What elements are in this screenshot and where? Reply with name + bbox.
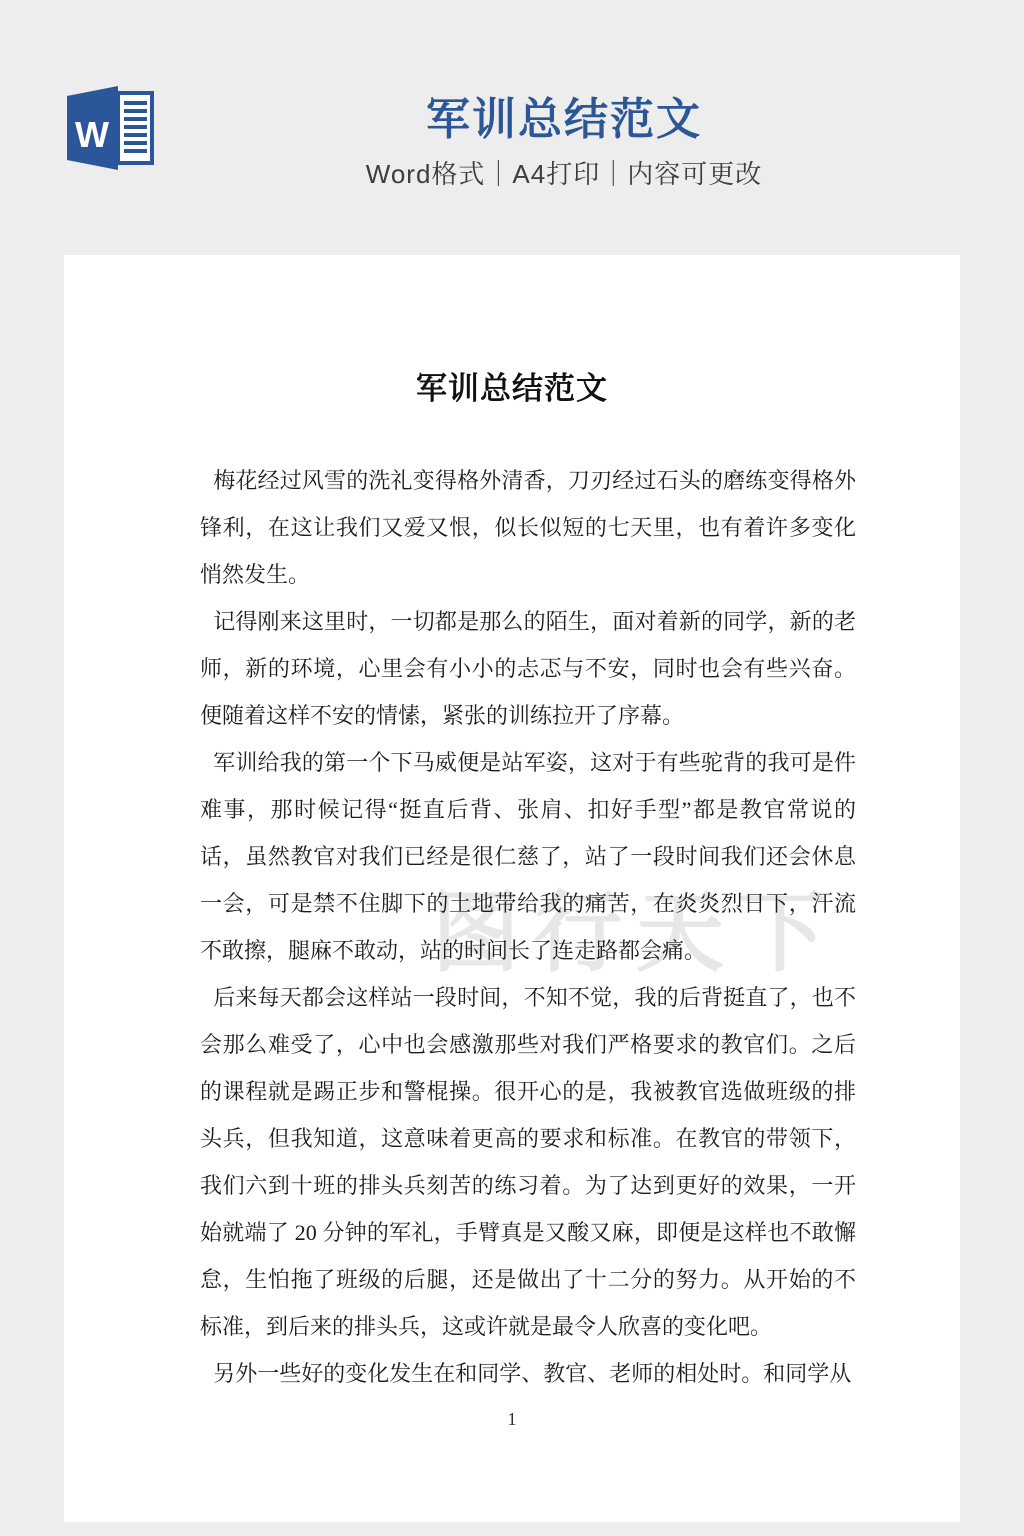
screenshot-root: { "header": { "title": "军训总结范文", "subtit… [0,0,1024,1536]
paragraph: 后来每天都会这样站一段时间，不知不觉，我的后背挺直了，也不会那么难受了，心中也会… [200,974,856,1350]
document-title: 军训总结范文 [64,367,960,411]
header: W 军训总结范文 Word格式｜A4打印｜内容可更改 [0,0,1024,255]
document-page: 图行天下 军训总结范文 梅花经过风雪的洗礼变得格外清香，刀刃经过石头的磨练变得格… [64,255,960,1522]
header-subtitle: Word格式｜A4打印｜内容可更改 [104,154,1024,191]
header-text: 军训总结范文 Word格式｜A4打印｜内容可更改 [104,0,1024,191]
paragraph: 另外一些好的变化发生在和同学、教官、老师的相处时。和同学从 [200,1350,856,1397]
header-title: 军训总结范文 [104,92,1024,148]
paragraph: 记得刚来这里时，一切都是那么的陌生，面对着新的同学，新的老师，新的环境，心里会有… [200,598,856,739]
document-body: 梅花经过风雪的洗礼变得格外清香，刀刃经过石头的磨练变得格外锋利，在这让我们又爱又… [200,457,856,1397]
page-content: 军训总结范文 梅花经过风雪的洗礼变得格外清香，刀刃经过石头的磨练变得格外锋利，在… [64,255,960,1397]
paragraph: 梅花经过风雪的洗礼变得格外清香，刀刃经过石头的磨练变得格外锋利，在这让我们又爱又… [200,457,856,598]
page-number: 1 [64,1409,960,1430]
paragraph: 军训给我的第一个下马威便是站军姿，这对于有些驼背的我可是件难事，那时候记得“挺直… [200,739,856,974]
